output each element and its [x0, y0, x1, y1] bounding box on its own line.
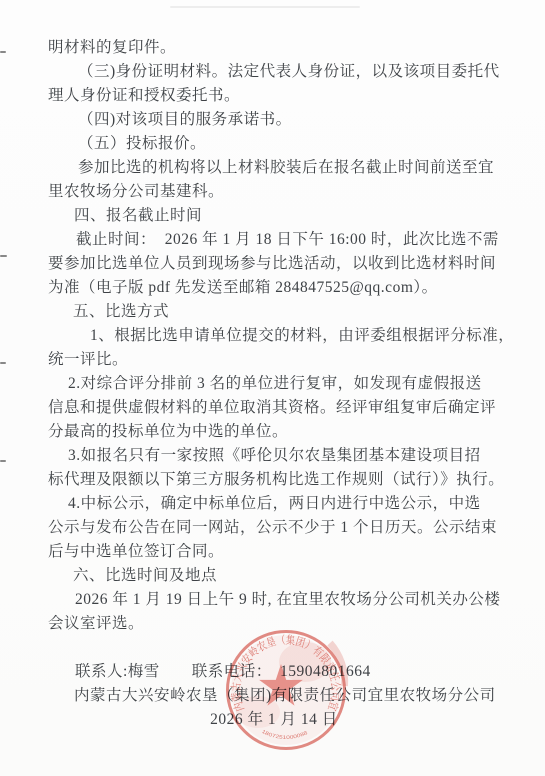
doc-line: 后与中选单位签订合同。: [48, 540, 500, 564]
scan-artifact: [0, 51, 6, 53]
doc-line: 2026 年 1 月 14 日: [48, 708, 500, 732]
doc-line: 五、比选方式: [48, 300, 500, 324]
doc-line: 标代理及限额以下第三方服务机构比选工作规则（试行）》执行。: [48, 468, 500, 492]
doc-line: 4.中标公示，确定中标单位后，两日内进行中选公示，中选: [48, 492, 500, 516]
doc-line: 2.对综合评分排前 3 名的单位进行复审，如发现有虚假报送: [48, 372, 500, 396]
doc-line: 内蒙古大兴安岭农垦（集团)有限责任公司宜里农牧场分公司: [48, 684, 500, 708]
scan-artifact: [0, 460, 6, 462]
doc-line: 截止时间： 2026 年 1 月 18 日下午 16:00 时，此次比选不需: [48, 228, 500, 252]
document-body: 明材料的复印件。（三)身份证明材料。法定代表人身份证，以及该项目委托代理人身份证…: [48, 36, 500, 732]
scan-artifact: [0, 362, 6, 364]
doc-line: 会议室评选。: [48, 612, 500, 636]
doc-line: 1、根据比选申请单位提交的材料，由评委组根据评分标准，: [48, 324, 500, 348]
doc-line: 公示与发布公告在同一网站，公示不少于 1 个日历天。公示结束: [48, 516, 500, 540]
doc-line: 2026 年 1 月 19 日上午 9 时, 在宜里农牧场分公司机关办公楼: [48, 588, 500, 612]
doc-line: 3.如报名只有一家按照《呼伦贝尔农垦集团基本建设项目招: [48, 444, 500, 468]
scan-artifact: [0, 255, 7, 257]
doc-line: （四)对该项目的服务承诺书。: [48, 108, 500, 132]
doc-line: （三)身份证明材料。法定代表人身份证，以及该项目委托代: [48, 60, 500, 84]
doc-line: 四、报名截止时间: [48, 204, 500, 228]
document-page: 明材料的复印件。（三)身份证明材料。法定代表人身份证，以及该项目委托代理人身份证…: [0, 0, 545, 776]
doc-line: 联系人:梅雪 联系电话： 15904801664: [48, 660, 500, 684]
doc-line: 六、比选时间及地点: [48, 564, 500, 588]
scan-smudge: [170, 6, 360, 8]
doc-line: 统一评比。: [48, 348, 500, 372]
doc-line: 要参加比选单位人员到现场参与比选活动，以收到比选材料时间: [48, 252, 500, 276]
doc-line: 明材料的复印件。: [48, 36, 500, 60]
doc-line: [48, 636, 500, 660]
doc-line: 信息和提供虚假材料的单位取消其资格。经评审组复审后确定评: [48, 396, 500, 420]
doc-line: 理人身份证和授权委托书。: [48, 84, 500, 108]
doc-line: 分最高的投标单位为中选的单位。: [48, 420, 500, 444]
doc-line: （五）投标报价。: [48, 132, 500, 156]
doc-line: 里农牧场分公司基建科。: [48, 180, 500, 204]
scanned-document-page: { "page": { "background": "#fcfcfc", "in…: [0, 0, 545, 776]
doc-line: 参加比选的机构将以上材料胶装后在报名截止时间前送至宜: [48, 156, 500, 180]
doc-line: 为准（电子版 pdf 先发送至邮箱 284847525@qq.com）。: [48, 276, 500, 300]
